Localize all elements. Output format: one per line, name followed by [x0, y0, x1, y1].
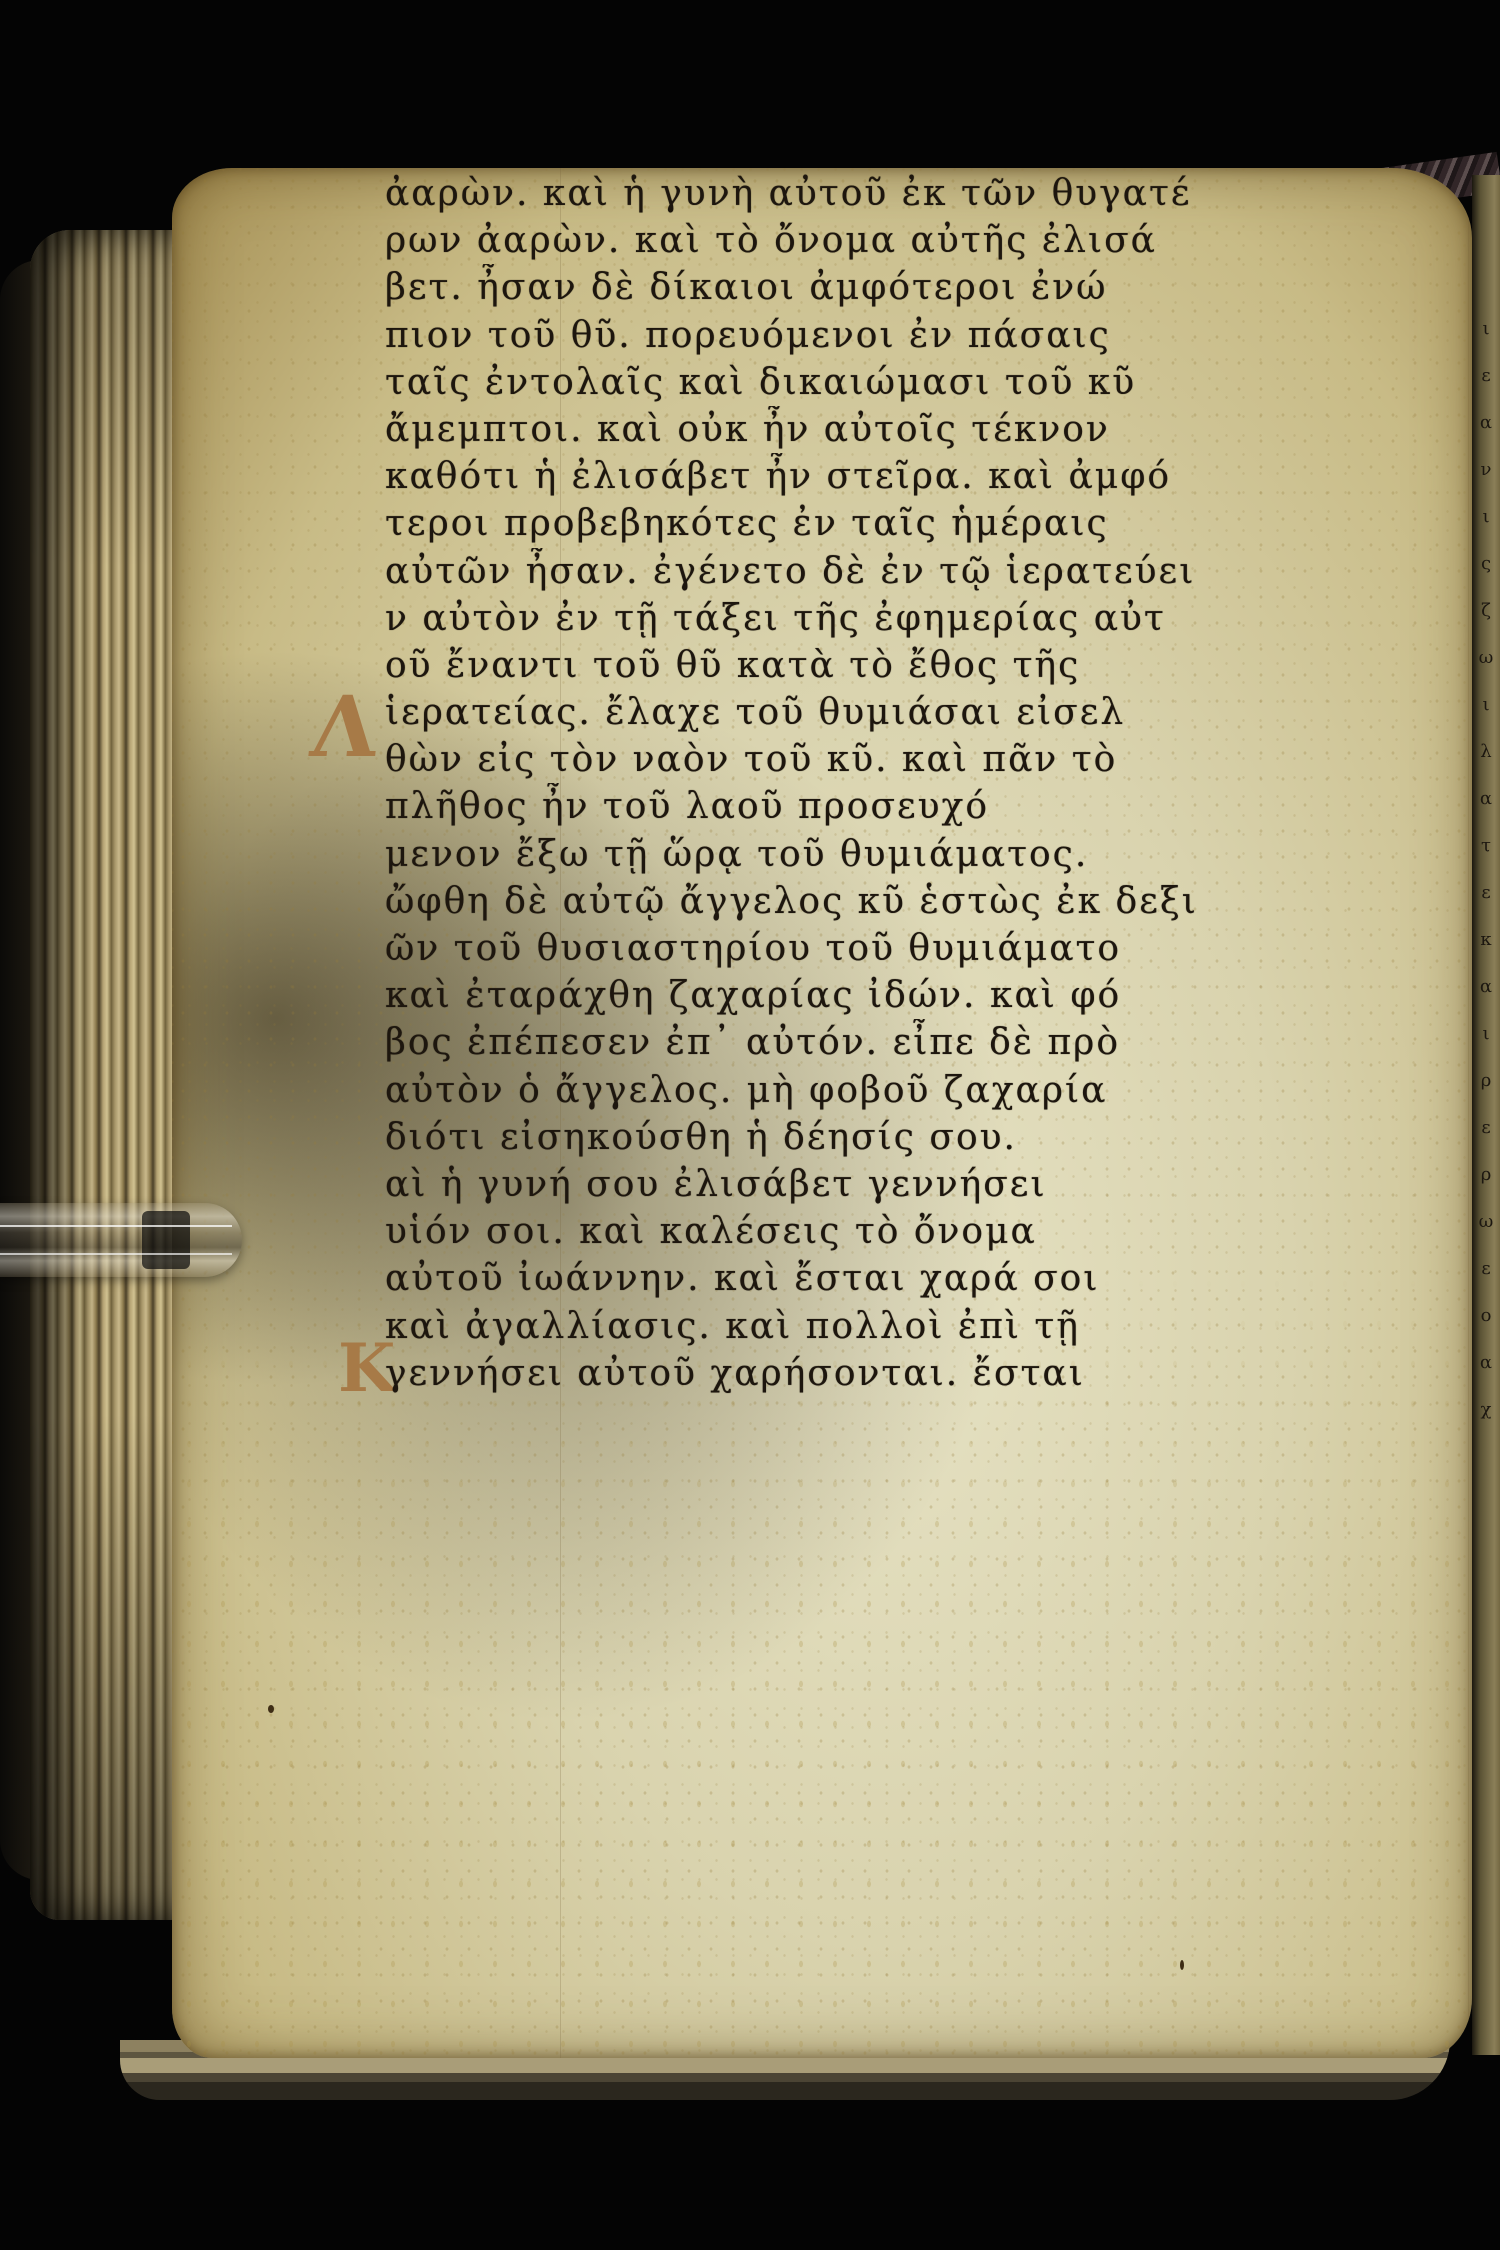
- facing-page-edge: ι ε α ν ι ς ζ ω ι λ α τ ε κ α ι ρ ε ρ ω …: [1472, 175, 1500, 2055]
- text-line-15: μενον ἔξω τῇ ὥρᾳ τοῦ θυμιάματος.: [385, 831, 1305, 878]
- text-line-1: ἀαρὼν. καὶ ἡ γυνὴ αὐτοῦ ἐκ τῶν θυγατέ: [385, 170, 1305, 217]
- facing-letter: λ: [1474, 728, 1498, 775]
- text-line-2: ρων ἀαρὼν. καὶ τὸ ὄνομα αὐτῆς ἐλισά: [385, 217, 1305, 264]
- text-line-6: ἄμεμπτοι. καὶ οὐκ ἦν αὐτοῖς τέκνον: [385, 406, 1305, 453]
- facing-letter: ω: [1474, 634, 1498, 681]
- text-line-11: οῦ ἔναντι τοῦ θῦ κατὰ τὸ ἔθος τῆς: [385, 642, 1305, 689]
- facing-letter: α: [1474, 1339, 1498, 1386]
- facing-letter: ι: [1474, 1010, 1498, 1057]
- facing-letter: ς: [1474, 540, 1498, 587]
- text-line-5: ταῖς ἐντολαῖς καὶ δικαιώμασι τοῦ κῦ: [385, 359, 1305, 406]
- facing-letter: ι: [1474, 681, 1498, 728]
- facing-letter: τ: [1474, 822, 1498, 869]
- facing-letter: ω: [1474, 1198, 1498, 1245]
- facing-page-margin-text: ι ε α ν ι ς ζ ω ι λ α τ ε κ α ι ρ ε ρ ω …: [1474, 305, 1498, 1433]
- ink-blot: [268, 1705, 274, 1713]
- ink-blot: [1180, 1960, 1184, 1970]
- facing-letter: ρ: [1474, 1057, 1498, 1104]
- text-line-9: αὐτῶν ἦσαν. ἐγένετο δὲ ἐν τῷ ἱερατεύει: [385, 548, 1305, 595]
- facing-letter: ε: [1474, 352, 1498, 399]
- text-line-18: καὶ ἐταράχθη ζαχαρίας ἰδών. καὶ φό: [385, 972, 1305, 1019]
- text-line-13: θὼν εἰς τὸν ναὸν τοῦ κῦ. καὶ πᾶν τὸ: [385, 736, 1305, 783]
- facing-letter: α: [1474, 963, 1498, 1010]
- ruling-line-right: [1468, 168, 1469, 2058]
- text-line-8: τεροι προβεβηκότες ἐν ταῖς ἡμέραις: [385, 500, 1305, 547]
- text-line-24: αὐτοῦ ἰωάννην. καὶ ἔσται χαρά σοι: [385, 1255, 1305, 1302]
- facing-letter: ζ: [1474, 587, 1498, 634]
- text-line-12: ἱερατείας. ἔλαχε τοῦ θυμιάσαι εἰσελ: [385, 689, 1305, 736]
- text-line-22: αὶ ἡ γυνή σου ἐλισάβετ γεννήσει: [385, 1161, 1305, 1208]
- facing-letter: ε: [1474, 869, 1498, 916]
- text-line-21: διότι εἰσηκούσθη ἡ δέησίς σου.: [385, 1114, 1305, 1161]
- facing-letter: ε: [1474, 1104, 1498, 1151]
- text-line-3: βετ. ἦσαν δὲ δίκαιοι ἀμφότεροι ἐνώ: [385, 264, 1305, 311]
- text-line-7: καθότι ἡ ἐλισάβετ ἦν στεῖρα. καὶ ἀμφό: [385, 453, 1305, 500]
- text-line-20: αὐτὸν ὁ ἄγγελος. μὴ φοβοῦ ζαχαρία: [385, 1067, 1305, 1114]
- text-line-17: ῶν τοῦ θυσιαστηρίου τοῦ θυμιάματο: [385, 925, 1305, 972]
- text-line-26: γεννήσει αὐτοῦ χαρήσονται. ἔσται: [385, 1350, 1305, 1397]
- facing-letter: κ: [1474, 916, 1498, 963]
- facing-letter: ε: [1474, 1245, 1498, 1292]
- text-line-14: πλῆθος ἦν τοῦ λαοῦ προσευχό: [385, 783, 1305, 830]
- page-holding-rod: [0, 1203, 242, 1277]
- facing-letter: α: [1474, 775, 1498, 822]
- text-line-25: καὶ ἀγαλλίασις. καὶ πολλοὶ ἐπὶ τῇ: [385, 1303, 1305, 1350]
- rubric-initial-lambda: Λ: [308, 685, 382, 769]
- text-line-10: ν αὐτὸν ἐν τῇ τάξει τῆς ἐφημερίας αὐτ: [385, 595, 1305, 642]
- facing-letter: χ: [1474, 1386, 1498, 1433]
- text-line-16: ὤφθη δὲ αὐτῷ ἄγγελος κῦ ἑστὼς ἐκ δεξι: [385, 878, 1305, 925]
- facing-letter: ο: [1474, 1292, 1498, 1339]
- text-line-23: υἱόν σοι. καὶ καλέσεις τὸ ὄνομα: [385, 1208, 1305, 1255]
- text-line-19: βος ἐπέπεσεν ἐπ᾽ αὐτόν. εἶπε δὲ πρὸ: [385, 1019, 1305, 1066]
- text-column: ἀαρὼν. καὶ ἡ γυνὴ αὐτοῦ ἐκ τῶν θυγατέ ρω…: [385, 170, 1305, 1397]
- facing-letter: ι: [1474, 305, 1498, 352]
- facing-letter: ν: [1474, 446, 1498, 493]
- text-line-4: πιον τοῦ θῦ. πορευόμενοι ἐν πάσαις: [385, 312, 1305, 359]
- facing-letter: ι: [1474, 493, 1498, 540]
- facing-letter: α: [1474, 399, 1498, 446]
- manuscript-photograph: Λ Κ ἀαρὼν. καὶ ἡ γυνὴ αὐτοῦ ἐκ τῶν θυγατ…: [0, 0, 1500, 2250]
- facing-letter: ρ: [1474, 1151, 1498, 1198]
